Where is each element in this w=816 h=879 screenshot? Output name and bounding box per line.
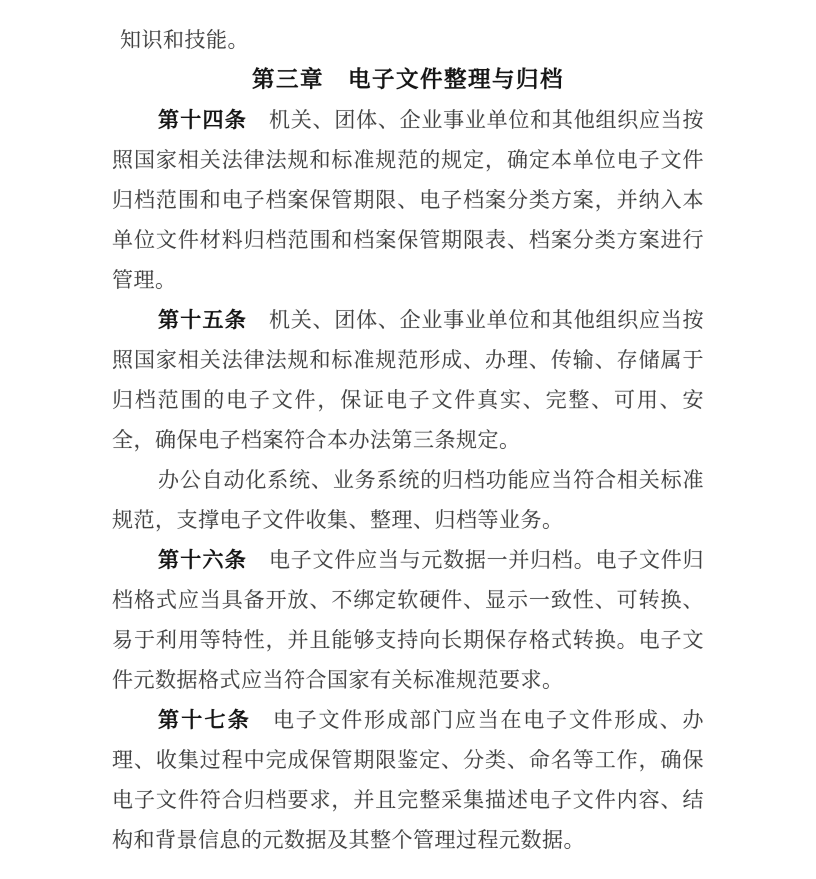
article-number: 第十七条 bbox=[158, 708, 251, 732]
paragraph-text: 办公自动化系统、业务系统的归档功能应当符合相关标准规范，支撑电子文件收集、整理、… bbox=[112, 468, 704, 532]
article-number: 第十五条 bbox=[158, 308, 247, 332]
article-paragraph: 第十六条电子文件应当与元数据一并归档。电子文件归档格式应当具备开放、不绑定软硬件… bbox=[112, 540, 704, 700]
article-paragraph: 第十四条机关、团体、企业事业单位和其他组织应当按照国家相关法律法规和标准规范的规… bbox=[112, 100, 704, 300]
document-page: 知识和技能。 第三章 电子文件整理与归档 第十四条机关、团体、企业事业单位和其他… bbox=[0, 0, 816, 879]
continuation-text: 知识和技能。 bbox=[112, 20, 704, 60]
chapter-heading: 第三章 电子文件整理与归档 bbox=[112, 60, 704, 100]
article-paragraph: 第十七条电子文件形成部门应当在电子文件形成、办理、收集过程中完成保管期限鉴定、分… bbox=[112, 700, 704, 860]
document-body: 知识和技能。 第三章 电子文件整理与归档 第十四条机关、团体、企业事业单位和其他… bbox=[112, 20, 704, 860]
paragraph-text: 机关、团体、企业事业单位和其他组织应当按照国家相关法律法规和标准规范的规定，确定… bbox=[112, 108, 704, 292]
article-number: 第十四条 bbox=[158, 108, 247, 132]
article-paragraph: 第十五条机关、团体、企业事业单位和其他组织应当按照国家相关法律法规和标准规范形成… bbox=[112, 300, 704, 460]
article-paragraph: 办公自动化系统、业务系统的归档功能应当符合相关标准规范，支撑电子文件收集、整理、… bbox=[112, 460, 704, 540]
article-number: 第十六条 bbox=[158, 548, 247, 572]
